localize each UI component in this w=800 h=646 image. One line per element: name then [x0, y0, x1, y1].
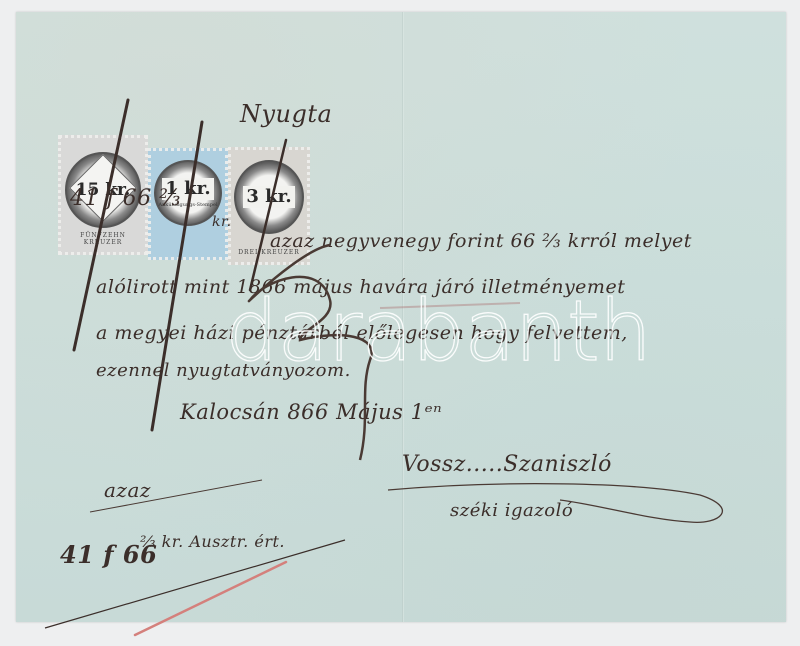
cancellation-stroke-1	[74, 100, 128, 350]
bottom-rule-upper	[90, 480, 262, 512]
faded-red-stroke	[380, 303, 520, 308]
bottom-rule-lower	[45, 540, 345, 628]
cancellation-stroke-2	[152, 122, 202, 430]
signature-flourish	[388, 484, 722, 523]
cancellation-stroke-3	[250, 140, 286, 290]
flourish-loop	[249, 245, 372, 460]
red-pencil-mark	[135, 562, 286, 635]
ink-strokes-layer	[0, 0, 800, 646]
